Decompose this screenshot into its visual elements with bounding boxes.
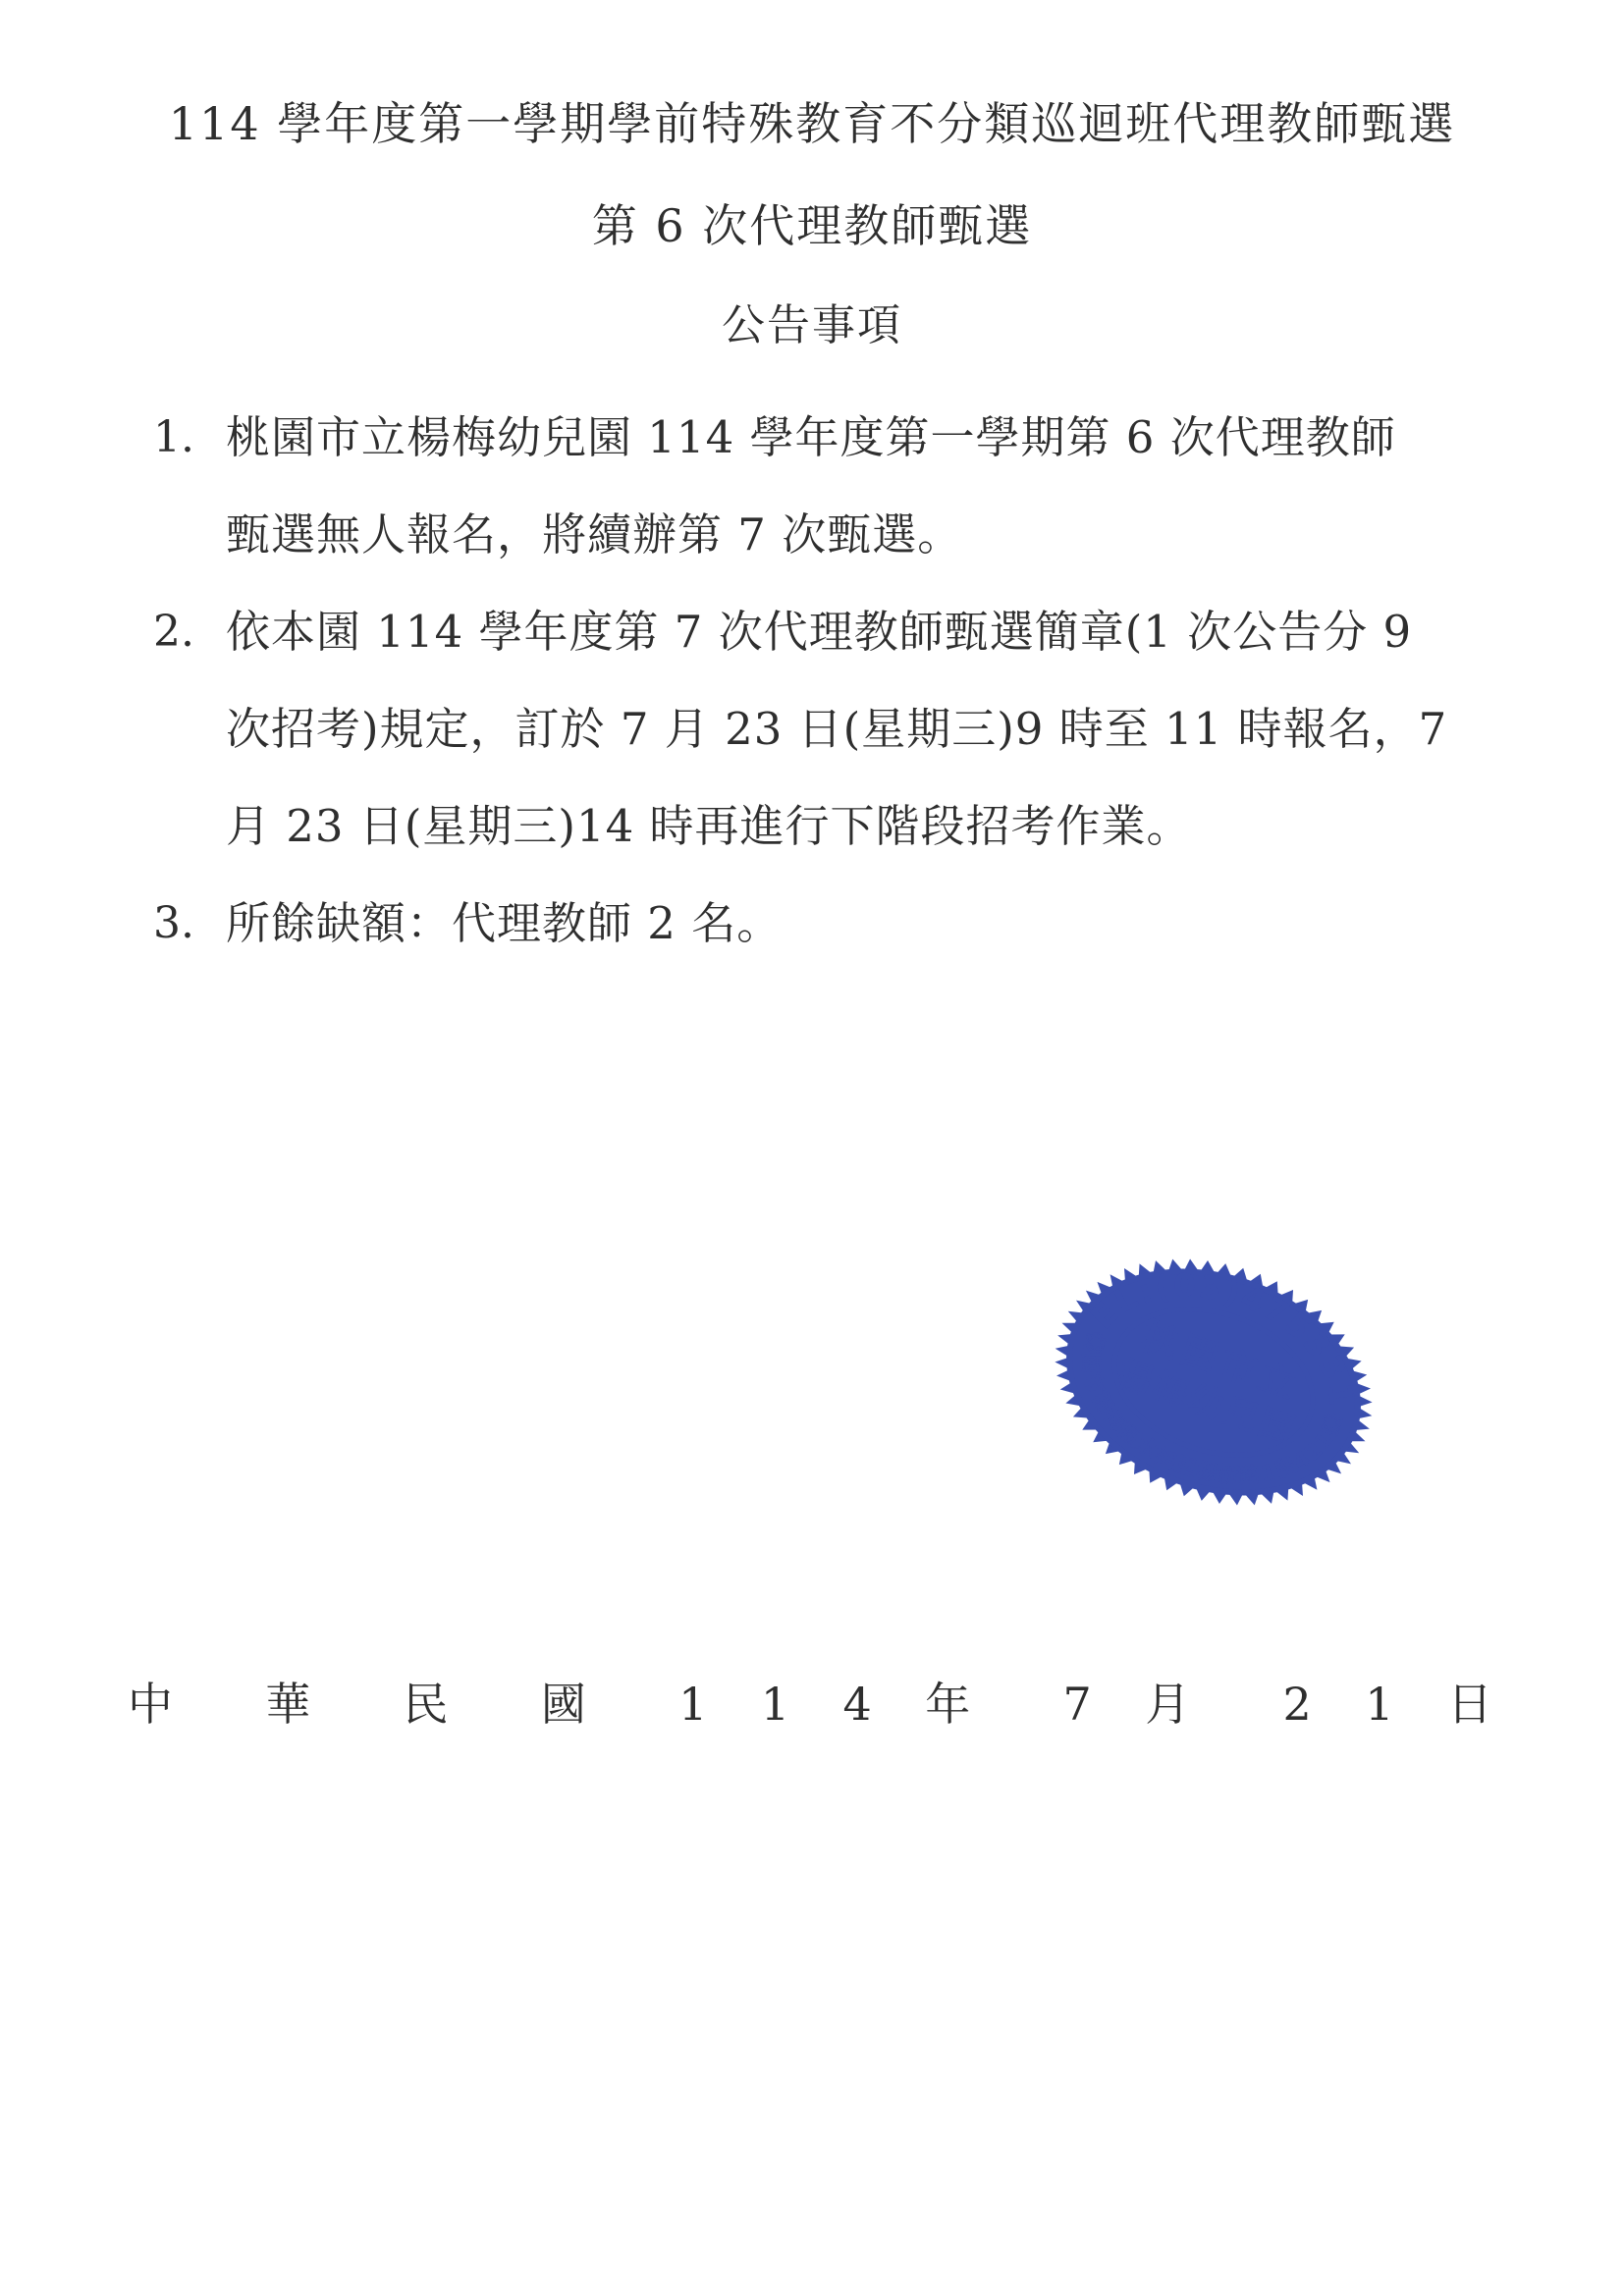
document-title-line1: 114 學年度第一學期學前特殊教育不分類巡迴班代理教師甄選 — [0, 94, 1624, 153]
official-seal-stamp: TEL:(03)4753312 桃園市楊梅區水美里楊新路1段421號 桃園市立 … — [1027, 1235, 1400, 1529]
document-date: 中 華 民 國 1 1 4 年 7 月 2 1 日 — [128, 1675, 1492, 1734]
item-text-line: 依本園 114 學年度第 7 次代理教師甄選簡章(1 次公告分 9 — [226, 583, 1551, 680]
list-item: 2. 依本園 114 學年度第 7 次代理教師甄選簡章(1 次公告分 9 次招考… — [0, 583, 1551, 875]
item-number: 2. — [153, 583, 194, 680]
list-item: 1. 桃園市立楊梅幼兒園 114 學年度第一學期第 6 次代理教師 甄選無人報名… — [0, 389, 1551, 583]
item-text-line: 次招考)規定，訂於 7 月 23 日(星期三)9 時至 11 時報名，7 — [226, 680, 1551, 777]
item-number: 3. — [153, 875, 194, 972]
item-text-line: 月 23 日(星期三)14 時再進行下階段招考作業。 — [226, 777, 1551, 875]
item-number: 1. — [153, 389, 194, 486]
announcement-document: 114 學年度第一學期學前特殊教育不分類巡迴班代理教師甄選 第 6 次代理教師甄… — [0, 0, 1624, 2296]
item-text-line: 甄選無人報名，將續辦第 7 次甄選。 — [226, 486, 1551, 583]
item-text-line: 桃園市立楊梅幼兒園 114 學年度第一學期第 6 次代理教師 — [226, 389, 1551, 486]
announcement-list: 1. 桃園市立楊梅幼兒園 114 學年度第一學期第 6 次代理教師 甄選無人報名… — [0, 389, 1551, 972]
list-item: 3. 所餘缺額：代理教師 2 名。 — [0, 875, 1551, 972]
item-text-line: 所餘缺額：代理教師 2 名。 — [226, 875, 1551, 972]
section-heading: 公告事項 — [0, 296, 1624, 355]
document-title-line2: 第 6 次代理教師甄選 — [0, 196, 1624, 255]
